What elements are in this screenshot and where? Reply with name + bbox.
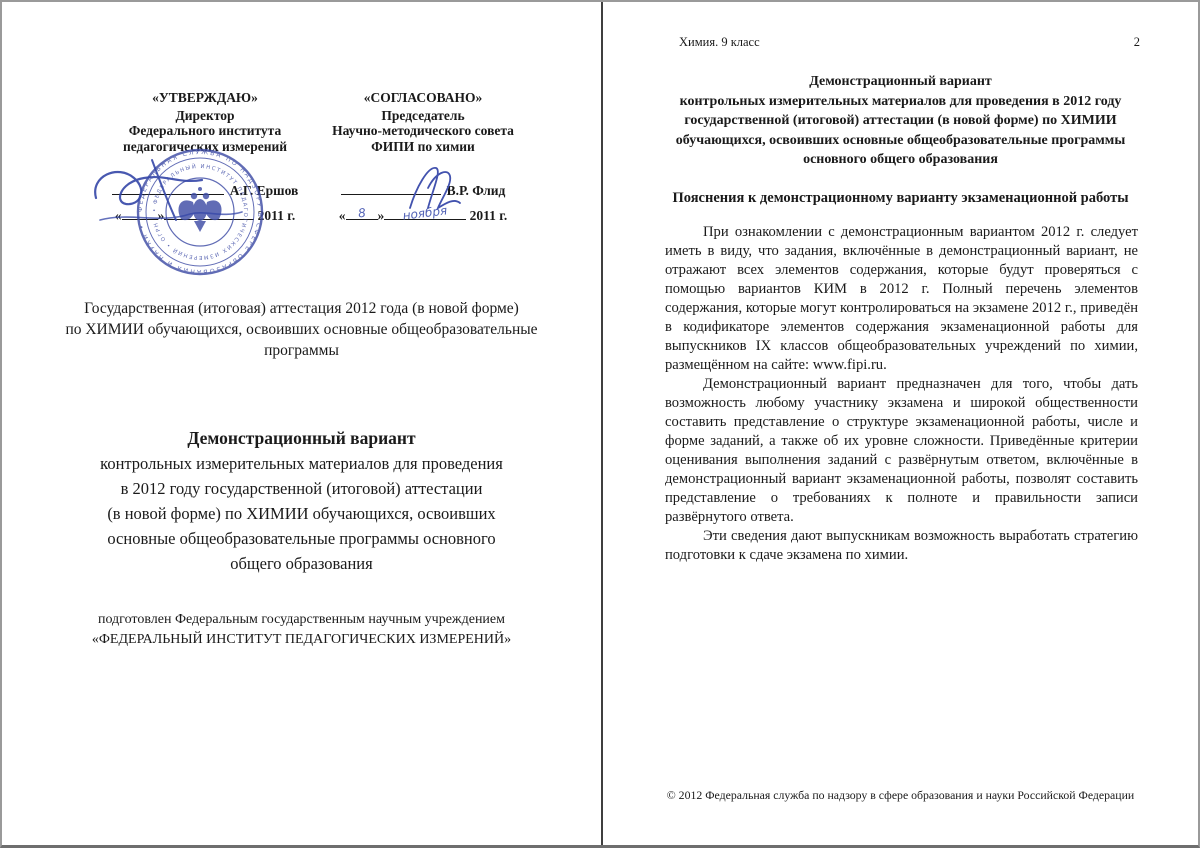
exam-heading-line: программы (22, 340, 581, 361)
main-title-line: общего образования (22, 551, 581, 576)
approve-title: «УТВЕРЖДАЮ» (90, 90, 320, 106)
document-title-line: обучающихся, освоивших основные общеобра… (641, 131, 1160, 151)
day-rule: 8 (346, 206, 378, 220)
document-title-line: контрольных измерительных материалов для… (641, 92, 1160, 112)
agree-role-line: Председатель (322, 108, 524, 124)
year-label: 2011 г. (470, 208, 508, 223)
header-subject: Химия. 9 класс (679, 35, 760, 50)
exam-heading-line: Государственная (итоговая) аттестация 20… (22, 298, 581, 319)
document-title-line: Демонстрационный вариант (641, 72, 1160, 92)
main-title-bold-line: Демонстрационный вариант (22, 426, 581, 451)
document-title: Демонстрационный вариант контрольных изм… (641, 72, 1160, 170)
copyright-footer: © 2012 Федеральная служба по надзору в с… (603, 788, 1198, 803)
document-spread: «УТВЕРЖДАЮ» Директор Федерального инстит… (0, 0, 1200, 848)
handwritten-month: ноября (384, 201, 467, 226)
agree-block: «СОГЛАСОВАНО» Председатель Научно-методи… (322, 90, 524, 223)
body-text: При ознакомлении с демонстрационным вари… (665, 223, 1138, 565)
prepared-by-line: подготовлен Федеральным государственным … (12, 610, 591, 630)
prepared-by-line: «ФЕДЕРАЛЬНЫЙ ИНСТИТУТ ПЕДАГОГИЧЕСКИХ ИЗМ… (12, 630, 591, 650)
paragraph: При ознакомлении с демонстрационным вари… (665, 223, 1138, 375)
agree-date-line: «8»ноября 2011 г. (322, 206, 524, 224)
agreer-name: В.Р. Флид (447, 183, 506, 198)
document-title-line: государственной (итоговой) аттестации (в… (641, 111, 1160, 131)
signature-rule (341, 181, 441, 195)
page-number: 2 (1134, 35, 1140, 50)
approve-role-line: Директор (90, 108, 320, 124)
prepared-by: подготовлен Федеральным государственным … (12, 610, 591, 650)
paragraph: Эти сведения дают выпускникам возможност… (665, 527, 1138, 565)
month-rule: ноября (384, 206, 466, 220)
agree-role-line: Научно-методического совета (322, 123, 524, 139)
section-heading: Пояснения к демонстрационному варианту э… (641, 190, 1160, 207)
page-left: «УТВЕРЖДАЮ» Директор Федерального инстит… (2, 2, 603, 845)
main-title-line: в 2012 году государственной (итоговой) а… (22, 476, 581, 501)
agree-role-line: ФИПИ по химии (322, 139, 524, 155)
quote-open: « (115, 208, 122, 223)
paragraph: Демонстрационный вариант предназначен дл… (665, 375, 1138, 527)
approval-row: «УТВЕРЖДАЮ» Директор Федерального инстит… (2, 90, 601, 223)
handwritten-day: 8 (345, 204, 379, 223)
approve-role-line: Федерального института (90, 123, 320, 139)
official-stamp-icon: ФЕДЕРАЛЬНАЯ СЛУЖБА ПО НАДЗОРУ В СФЕРЕ ОБ… (134, 146, 266, 278)
page-right: Химия. 9 класс 2 Демонстрационный вариан… (603, 2, 1198, 845)
main-title-line: (в новой форме) по ХИМИИ обучающихся, ос… (22, 501, 581, 526)
exam-heading: Государственная (итоговая) аттестация 20… (22, 298, 581, 361)
exam-heading-line: по ХИМИИ обучающихся, освоивших основные… (22, 319, 581, 340)
double-headed-eagle-icon (178, 187, 221, 232)
main-title-line: основные общеобразовательные программы о… (22, 526, 581, 551)
main-title: Демонстрационный вариант контрольных изм… (22, 426, 581, 576)
page-header: Химия. 9 класс 2 (679, 35, 1140, 50)
agree-signature-line: В.Р. Флид (322, 181, 524, 199)
main-title-line: контрольных измерительных материалов для… (22, 451, 581, 476)
agree-title: «СОГЛАСОВАНО» (322, 90, 524, 106)
document-title-line: основного общего образования (641, 150, 1160, 170)
